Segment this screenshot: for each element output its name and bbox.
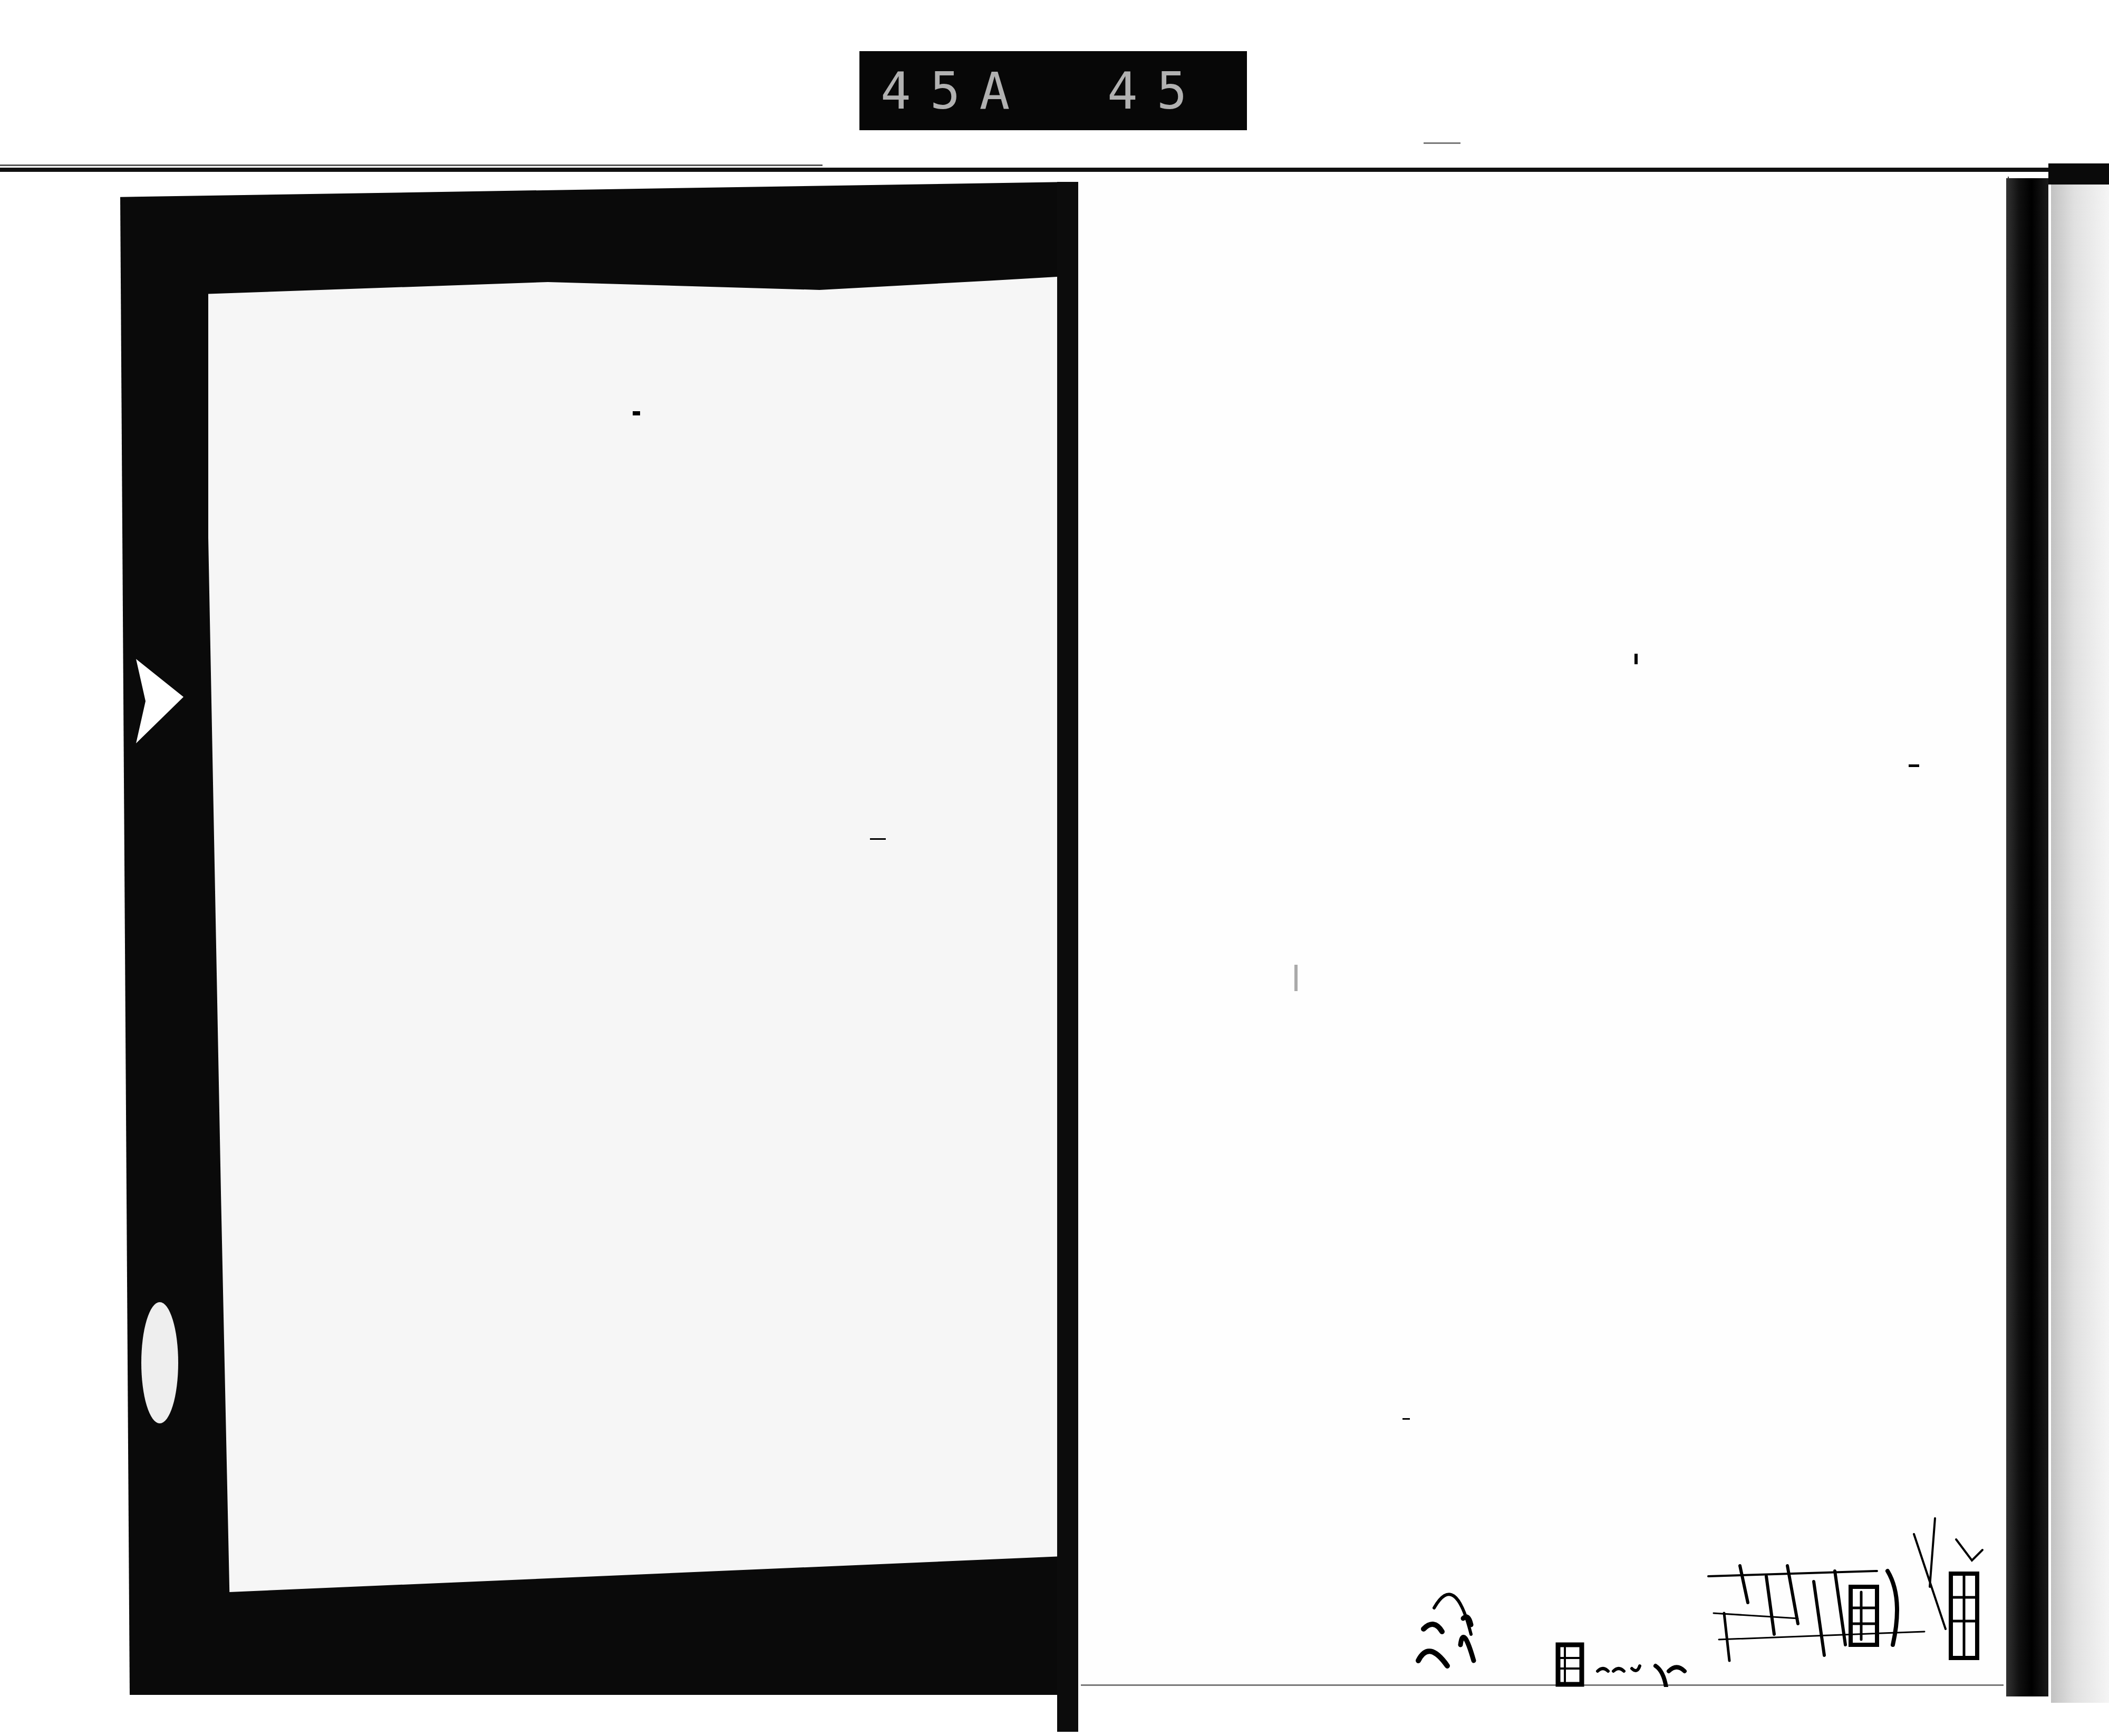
scan-speck [1294, 965, 1298, 991]
cover-mark [141, 1302, 178, 1423]
frame-label: 45A 45 [859, 51, 1247, 130]
left-page [208, 274, 1057, 1592]
edge-bar [2048, 163, 2109, 185]
frame-label-right: 45 [1107, 62, 1206, 121]
frame-label-left: 45A [881, 62, 1029, 121]
scan-speck [1909, 764, 1919, 767]
scan-speck [1424, 142, 1460, 144]
spine [1057, 182, 1078, 1732]
next-page-edge [2051, 185, 2109, 1703]
top-rule [0, 168, 2109, 172]
scan-speck [1402, 1418, 1410, 1420]
handwritten-inscription [1397, 1487, 2009, 1687]
page-edges [2006, 178, 2048, 1696]
scan-speck [633, 411, 640, 415]
scan-speck [1634, 654, 1638, 664]
right-page [1080, 177, 2009, 1684]
scan-speck [870, 838, 886, 840]
top-rule-light [0, 164, 823, 166]
inscription-strokes-icon [1397, 1487, 2009, 1687]
